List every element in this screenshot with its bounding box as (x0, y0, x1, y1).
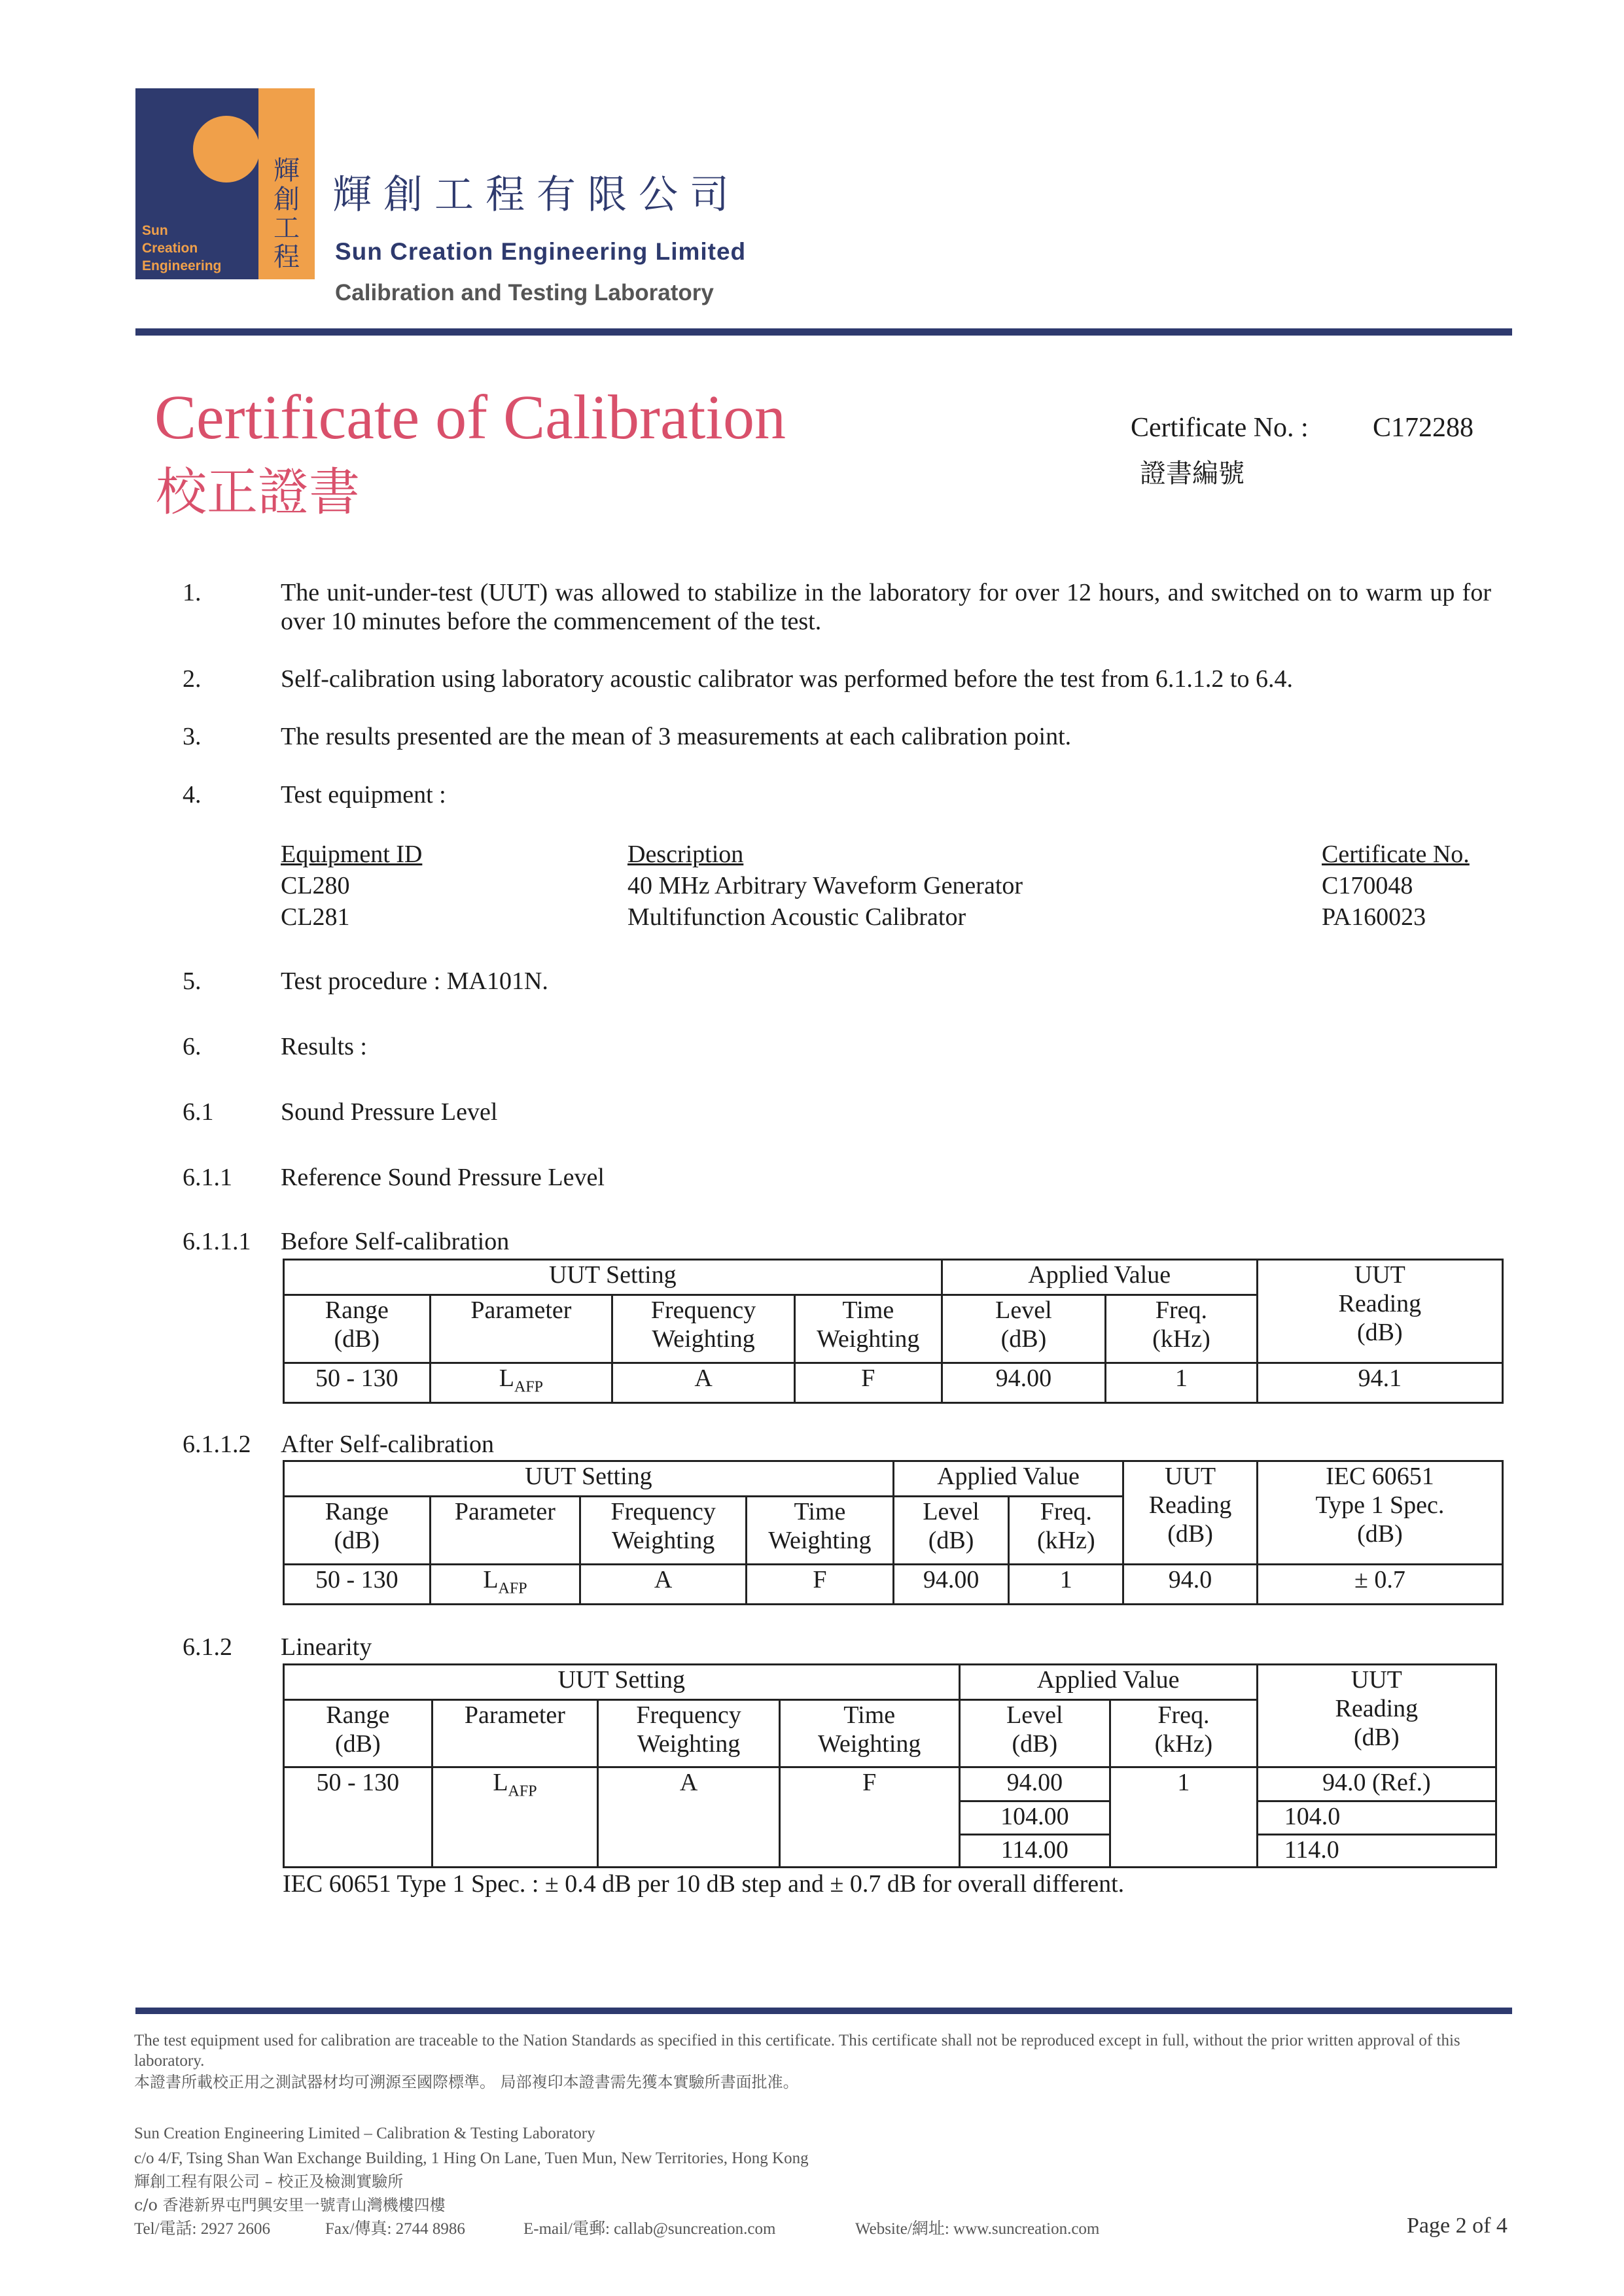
certificate-number-label-zh: 證書編號 (1140, 453, 1244, 490)
parameter-cell: LAFP (432, 1767, 598, 1868)
item-text: Results : (281, 1032, 1491, 1061)
section-title: After Self-calibration (281, 1430, 1491, 1459)
section-title: Before Self-calibration (281, 1227, 1491, 1256)
frequency-weighting-header: FrequencyWeighting (580, 1497, 747, 1565)
table-row: 50 - 130 LAFP A F 94.00 1 94.0 ± 0.7 (284, 1565, 1503, 1605)
uut-reading-header: UUTReading(dB) (1257, 1260, 1502, 1363)
item-number: 4. (183, 780, 202, 809)
parameter-header: Parameter (430, 1497, 580, 1565)
header-divider (135, 328, 1512, 336)
uut-setting-header: UUT Setting (284, 1260, 942, 1295)
uut-reading-value: 104.0 (1257, 1801, 1496, 1835)
footer-company-en: Sun Creation Engineering Limited – Calib… (134, 2123, 595, 2144)
uut-setting-header: UUT Setting (284, 1461, 894, 1497)
time-weighting-header: TimeWeighting (794, 1295, 942, 1363)
page-title: Certificate of Calibration (154, 381, 786, 453)
table-row: 50 - 130 LAFP A F 94.00 1 94.1 (284, 1363, 1503, 1403)
item-number: 6. (183, 1032, 202, 1061)
level-header: Level(dB) (942, 1295, 1106, 1363)
uut-reading-header: UUTReading(dB) (1257, 1665, 1496, 1767)
parameter-header: Parameter (432, 1700, 598, 1767)
linearity-spec-note: IEC 60651 Type 1 Spec. : ± 0.4 dB per 10… (283, 1870, 1124, 1898)
item-text: The results presented are the mean of 3 … (281, 722, 1491, 751)
parameter-cell: LAFP (430, 1363, 612, 1403)
after-self-calibration-table: UUT Setting Applied Value UUTReading(dB)… (283, 1460, 1504, 1605)
uut-reading-value: 94.0 (1123, 1565, 1258, 1605)
before-self-calibration-table: UUT Setting Applied Value UUTReading(dB)… (283, 1259, 1504, 1404)
frequency-weighting-header: FrequencyWeighting (612, 1295, 795, 1363)
footer-address-en: c/o 4/F, Tsing Shan Wan Exchange Buildin… (134, 2148, 809, 2168)
equipment-certificate-column: Certificate No. C170048 PA160023 (1322, 839, 1470, 933)
sun-icon (193, 116, 260, 183)
item-text: The unit-under-test (UUT) was allowed to… (281, 578, 1491, 636)
item-number: 1. (183, 578, 202, 607)
applied-value-header: Applied Value (942, 1260, 1257, 1295)
equipment-id-column: Equipment ID CL280 CL281 (281, 839, 422, 933)
parameter-header: Parameter (430, 1295, 612, 1363)
footer-address-zh: c/o 香港新界屯門興安里一號青山灣機樓四樓 (134, 2195, 446, 2216)
freq-header: Freq.(kHz) (1009, 1497, 1123, 1565)
footer-divider (135, 2008, 1512, 2014)
level-header: Level(dB) (893, 1497, 1009, 1565)
freq-header: Freq.(kHz) (1110, 1700, 1258, 1767)
section-title: Sound Pressure Level (281, 1098, 1491, 1126)
footer-website[interactable]: Website/網址: www.suncreation.com (855, 2219, 1099, 2239)
page-title-zh: 校正證書 (156, 451, 360, 525)
level-header: Level(dB) (959, 1700, 1110, 1767)
section-title: Linearity (281, 1633, 1491, 1661)
certificate-number-label: Certificate No. : (1131, 412, 1309, 444)
time-weighting-header: TimeWeighting (779, 1700, 959, 1767)
item-number: 5. (183, 967, 202, 996)
footer-tel: Tel/電話: 2927 2606 (134, 2219, 270, 2239)
logo-text-zh: 輝 創 工 程 (265, 156, 308, 271)
lab-name: Calibration and Testing Laboratory (335, 280, 714, 306)
section-title: Reference Sound Pressure Level (281, 1163, 1491, 1192)
parameter-cell: LAFP (430, 1565, 580, 1605)
footer-email[interactable]: E-mail/電郵: callab@suncreation.com (523, 2219, 775, 2239)
item-text: Self-calibration using laboratory acoust… (281, 665, 1491, 693)
uut-reading-header: UUTReading(dB) (1123, 1461, 1258, 1565)
time-weighting-header: TimeWeighting (747, 1497, 894, 1565)
footer-fax: Fax/傳真: 2744 8986 (325, 2219, 465, 2239)
certificate-number: C172288 (1373, 412, 1474, 444)
section-number: 6.1.1.1 (183, 1227, 251, 1256)
freq-header: Freq.(kHz) (1106, 1295, 1258, 1363)
section-number: 6.1.1 (183, 1163, 232, 1192)
equipment-description-column: Description 40 MHz Arbitrary Waveform Ge… (627, 839, 1023, 933)
section-number: 6.1.2 (183, 1633, 232, 1661)
item-text: Test equipment : (281, 780, 1491, 809)
frequency-weighting-header: FrequencyWeighting (598, 1700, 780, 1767)
logo-text-en: Sun Creation Engineering (142, 222, 221, 275)
range-header: Range(dB) (284, 1295, 431, 1363)
table-row: 50 - 130 LAFP A F 94.00 1 94.0 (Ref.) (284, 1767, 1496, 1801)
company-name-en: Sun Creation Engineering Limited (335, 238, 746, 266)
company-name-zh: 輝創工程有限公司 (332, 164, 741, 220)
uut-setting-header: UUT Setting (284, 1665, 960, 1700)
uut-reading-value: 94.0 (Ref.) (1257, 1767, 1496, 1801)
range-header: Range(dB) (284, 1497, 431, 1565)
applied-value-header: Applied Value (893, 1461, 1123, 1497)
applied-value-header: Applied Value (959, 1665, 1257, 1700)
section-number: 6.1 (183, 1098, 214, 1126)
iec-spec-header: IEC 60651Type 1 Spec.(dB) (1257, 1461, 1502, 1565)
disclaimer-en: The test equipment used for calibration … (134, 2030, 1521, 2071)
company-logo: Sun Creation Engineering 輝 創 工 程 (135, 88, 315, 279)
item-number: 3. (183, 722, 202, 751)
item-text: Test procedure : MA101N. (281, 967, 1491, 996)
range-header: Range(dB) (284, 1700, 432, 1767)
item-number: 2. (183, 665, 202, 693)
uut-reading-value: 114.0 (1257, 1835, 1496, 1868)
page-number: Page 2 of 4 (1407, 2214, 1508, 2238)
spec-value: ± 0.7 (1257, 1565, 1502, 1605)
section-number: 6.1.1.2 (183, 1430, 251, 1459)
footer-company-zh: 輝創工程有限公司 – 校正及檢測實驗所 (134, 2172, 403, 2192)
disclaimer-zh: 本證書所載校正用之測試器材均可溯源至國際標準。 局部複印本證書需先獲本實驗所書面… (134, 2072, 799, 2093)
uut-reading-value: 94.1 (1257, 1363, 1502, 1403)
linearity-table: UUT Setting Applied Value UUTReading(dB)… (283, 1663, 1497, 1868)
